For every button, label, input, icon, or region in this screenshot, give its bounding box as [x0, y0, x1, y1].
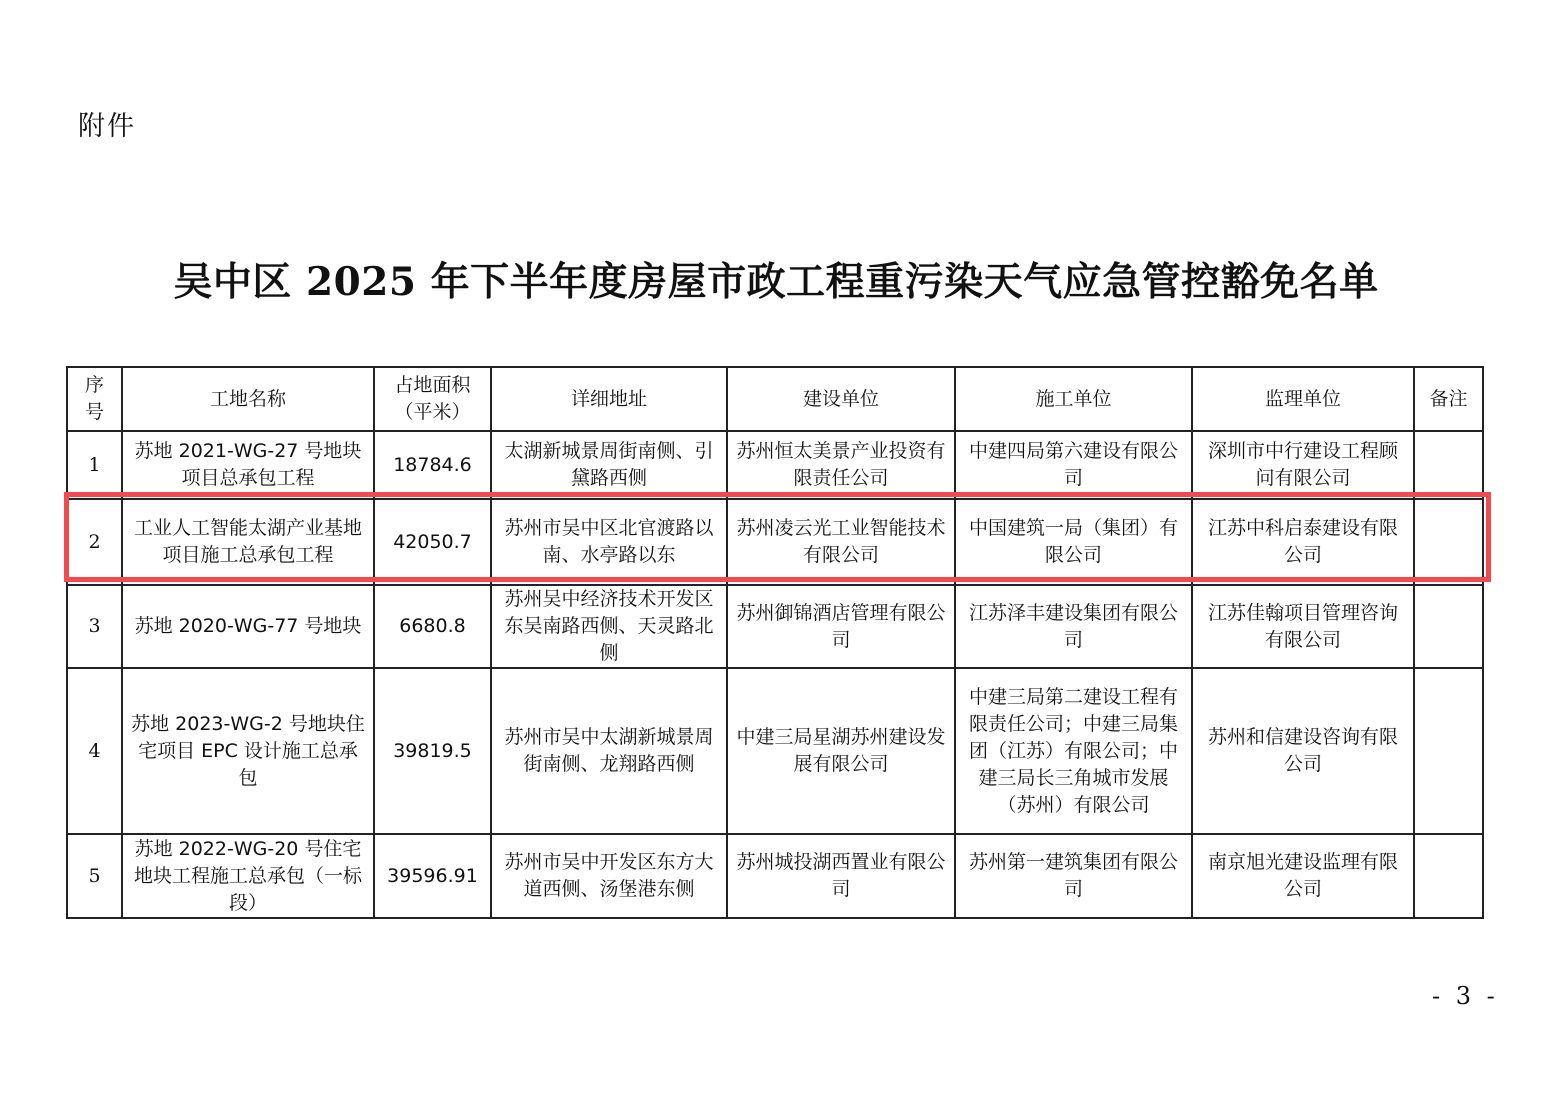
table-row: 3 苏地 2020-WG-77 号地块 6680.8 苏州吴中经济技术开发区东吴… — [67, 585, 1483, 668]
cell-contractor: 苏州第一建筑集团有限公司 — [955, 834, 1192, 918]
cell-developer: 苏州凌云光工业智能技术有限公司 — [727, 499, 955, 585]
cell-supervisor: 江苏佳翰项目管理咨询有限公司 — [1192, 585, 1414, 668]
cell-address: 苏州市吴中太湖新城景周街南侧、龙翔路西侧 — [491, 668, 727, 834]
cell-remarks — [1414, 431, 1483, 499]
cell-contractor: 中国建筑一局（集团）有限公司 — [955, 499, 1192, 585]
page-number: - 3 - — [1432, 982, 1499, 1010]
cell-site-name: 苏地 2020-WG-77 号地块 — [122, 585, 374, 668]
cell-area: 39596.91 — [374, 834, 491, 918]
cell-remarks — [1414, 585, 1483, 668]
cell-site-name: 苏地 2021-WG-27 号地块项目总承包工程 — [122, 431, 374, 499]
cell-developer: 苏州御锦酒店管理有限公司 — [727, 585, 955, 668]
cell-no: 1 — [67, 431, 122, 499]
cell-no: 3 — [67, 585, 122, 668]
cell-remarks — [1414, 499, 1483, 585]
cell-supervisor: 深圳市中行建设工程顾问有限公司 — [1192, 431, 1414, 499]
table-row: 5 苏地 2022-WG-20 号住宅地块工程施工总承包（一标段） 39596.… — [67, 834, 1483, 918]
cell-no: 2 — [67, 499, 122, 585]
header-developer: 建设单位 — [727, 367, 955, 431]
table-row: 1 苏地 2021-WG-27 号地块项目总承包工程 18784.6 太湖新城景… — [67, 431, 1483, 499]
table-row-highlighted: 2 工业人工智能太湖产业基地项目施工总承包工程 42050.7 苏州市吴中区北官… — [67, 499, 1483, 585]
cell-supervisor: 江苏中科启泰建设有限公司 — [1192, 499, 1414, 585]
table-header-row: 序号 工地名称 占地面积（平米） 详细地址 建设单位 施工单位 监理单位 备注 — [67, 367, 1483, 431]
cell-contractor: 中建四局第六建设有限公司 — [955, 431, 1192, 499]
cell-address: 苏州吴中经济技术开发区东吴南路西侧、天灵路北侧 — [491, 585, 727, 668]
header-site-name: 工地名称 — [122, 367, 374, 431]
cell-supervisor: 南京旭光建设监理有限公司 — [1192, 834, 1414, 918]
cell-address: 太湖新城景周街南侧、引黛路西侧 — [491, 431, 727, 499]
cell-developer: 苏州恒太美景产业投资有限责任公司 — [727, 431, 955, 499]
cell-site-name: 工业人工智能太湖产业基地项目施工总承包工程 — [122, 499, 374, 585]
cell-contractor: 中建三局第二建设工程有限责任公司；中建三局集团（江苏）有限公司；中建三局长三角城… — [955, 668, 1192, 834]
cell-site-name: 苏地 2022-WG-20 号住宅地块工程施工总承包（一标段） — [122, 834, 374, 918]
attachment-label: 附件 — [78, 104, 136, 143]
cell-area: 6680.8 — [374, 585, 491, 668]
header-area: 占地面积（平米） — [374, 367, 491, 431]
table-row: 4 苏地 2023-WG-2 号地块住宅项目 EPC 设计施工总承包 39819… — [67, 668, 1483, 834]
cell-supervisor: 苏州和信建设咨询有限公司 — [1192, 668, 1414, 834]
header-contractor: 施工单位 — [955, 367, 1192, 431]
cell-developer: 苏州城投湖西置业有限公司 — [727, 834, 955, 918]
cell-address: 苏州市吴中区北官渡路以南、水亭路以东 — [491, 499, 727, 585]
cell-area: 42050.7 — [374, 499, 491, 585]
document-title: 吴中区 2025 年下半年度房屋市政工程重污染天气应急管控豁免名单 — [0, 251, 1552, 307]
cell-developer: 中建三局星湖苏州建设发展有限公司 — [727, 668, 955, 834]
header-address: 详细地址 — [491, 367, 727, 431]
cell-area: 18784.6 — [374, 431, 491, 499]
header-no: 序号 — [67, 367, 122, 431]
header-remarks: 备注 — [1414, 367, 1483, 431]
cell-no: 4 — [67, 668, 122, 834]
exemption-list-table: 序号 工地名称 占地面积（平米） 详细地址 建设单位 施工单位 监理单位 备注 … — [66, 366, 1484, 919]
cell-remarks — [1414, 668, 1483, 834]
cell-area: 39819.5 — [374, 668, 491, 834]
cell-remarks — [1414, 834, 1483, 918]
cell-address: 苏州市吴中开发区东方大道西侧、汤堡港东侧 — [491, 834, 727, 918]
cell-site-name: 苏地 2023-WG-2 号地块住宅项目 EPC 设计施工总承包 — [122, 668, 374, 834]
header-supervisor: 监理单位 — [1192, 367, 1414, 431]
cell-contractor: 江苏泽丰建设集团有限公司 — [955, 585, 1192, 668]
cell-no: 5 — [67, 834, 122, 918]
